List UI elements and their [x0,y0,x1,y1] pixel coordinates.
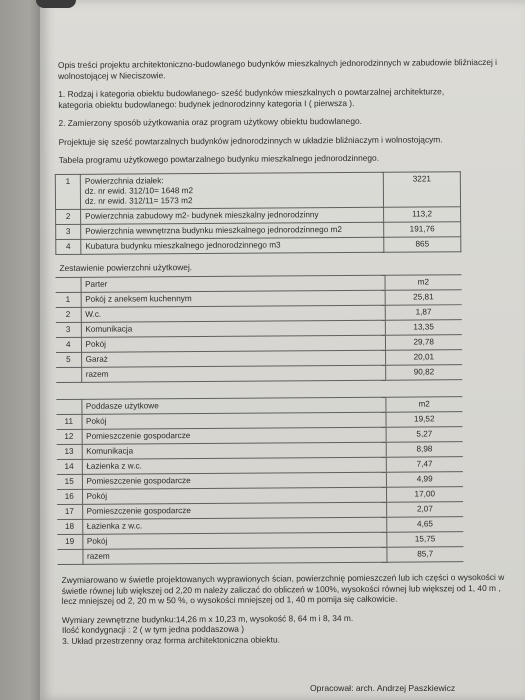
header-unit: m2 [385,397,462,413]
description-line: Powierzchnia zabudowy m2- budynek mieszk… [85,209,379,221]
room-area: 13,35 [385,320,462,336]
total-value: 90,82 [385,365,462,381]
row-number: 3 [56,224,81,239]
binder-clip [36,0,76,8]
intro-text: Opis treści projektu architektoniczno-bu… [58,57,508,81]
total-row: razem90,82 [56,365,462,383]
section-2-heading: 2. Zamierzony sposób użytkowania oraz pr… [58,115,508,129]
room-number: 16 [57,489,82,504]
row-number: 4 [56,239,81,254]
room-number: 12 [57,429,82,444]
total-number-cell [56,367,81,382]
building-program-table: 1Powierzchnia działek:dz. nr ewid. 312/1… [55,171,462,255]
room-number: 17 [57,504,82,519]
total-label: razem [82,547,386,564]
room-number: 18 [57,519,82,534]
total-row: razem85,7 [57,547,463,565]
author-signature: Opracował: arch. Andrzej Paszkiewicz [310,683,455,693]
room-number: 11 [56,414,81,429]
document-page: Opis treści projektu architektoniczno-bu… [40,0,525,700]
projection-text: Projektuje się sześć powtarzalnych budyn… [59,133,509,147]
table-2-caption: Zestawienie powierzchni użytkowej. [59,259,509,273]
row-value: 3221 [383,171,460,207]
description-line: Kubatura budynku mieszkalnego jednorodzi… [85,239,379,251]
total-label: razem [81,365,385,382]
room-area: 5,27 [386,427,463,443]
room-area: 25,81 [385,290,462,306]
room-number: 1 [56,292,81,307]
room-area: 17,00 [386,487,463,503]
room-area: 19,52 [385,412,462,428]
room-number: 13 [57,444,82,459]
attic-floor-table: Poddasze użytkowem211Pokój19,5212Pomiesz… [56,396,463,565]
room-area: 20,01 [385,350,462,366]
room-number: 19 [57,534,82,549]
room-area: 8,98 [386,442,463,458]
facing-page-edge [0,0,42,700]
room-area: 2,07 [386,502,463,518]
room-number: 4 [56,337,81,352]
room-number: 3 [56,322,81,337]
description-line: Powierzchnia wewnętrzna budynku mieszkal… [85,224,379,236]
header-number-cell [56,277,81,292]
row-description: Kubatura budynku mieszkalnego jednorodzi… [81,237,384,254]
room-area: 7,47 [386,457,463,473]
room-area: 29,78 [385,335,462,351]
description-line: dz. nr ewid. 312/11= 1573 m2 [85,194,379,206]
page-content: Opis treści projektu architektoniczno-bu… [58,57,512,654]
room-number: 15 [57,474,82,489]
room-area: 15,75 [386,532,463,548]
table-row: 1Powierzchnia działek:dz. nr ewid. 312/1… [55,171,460,209]
table-1-caption: Tabela programu użytkowego powtarzalnego… [59,152,509,166]
row-description: Powierzchnia działek:dz. nr ewid. 312/10… [80,172,383,209]
row-value: 865 [384,236,461,252]
total-value: 85,7 [386,547,463,563]
room-number: 14 [57,459,82,474]
room-area: 1,87 [385,305,462,321]
room-area: 4,65 [386,517,463,533]
room-number: 2 [56,307,81,322]
table-row: 4Kubatura budynku mieszkalnego jednorodz… [56,236,461,254]
header-unit: m2 [385,275,462,291]
room-number: 5 [56,352,81,367]
ground-floor-table: Parterm21Pokój z aneksem kuchennym25,812… [56,274,463,383]
room-area: 4,99 [386,472,463,488]
row-value: 191,76 [384,221,461,237]
header-number-cell [56,399,81,414]
measurement-note: Zwymiarowano w świetle projektowanych wy… [62,572,512,607]
row-number: 2 [56,209,81,224]
row-number: 1 [55,174,80,209]
total-number-cell [57,549,82,564]
row-value: 113,2 [384,206,461,222]
